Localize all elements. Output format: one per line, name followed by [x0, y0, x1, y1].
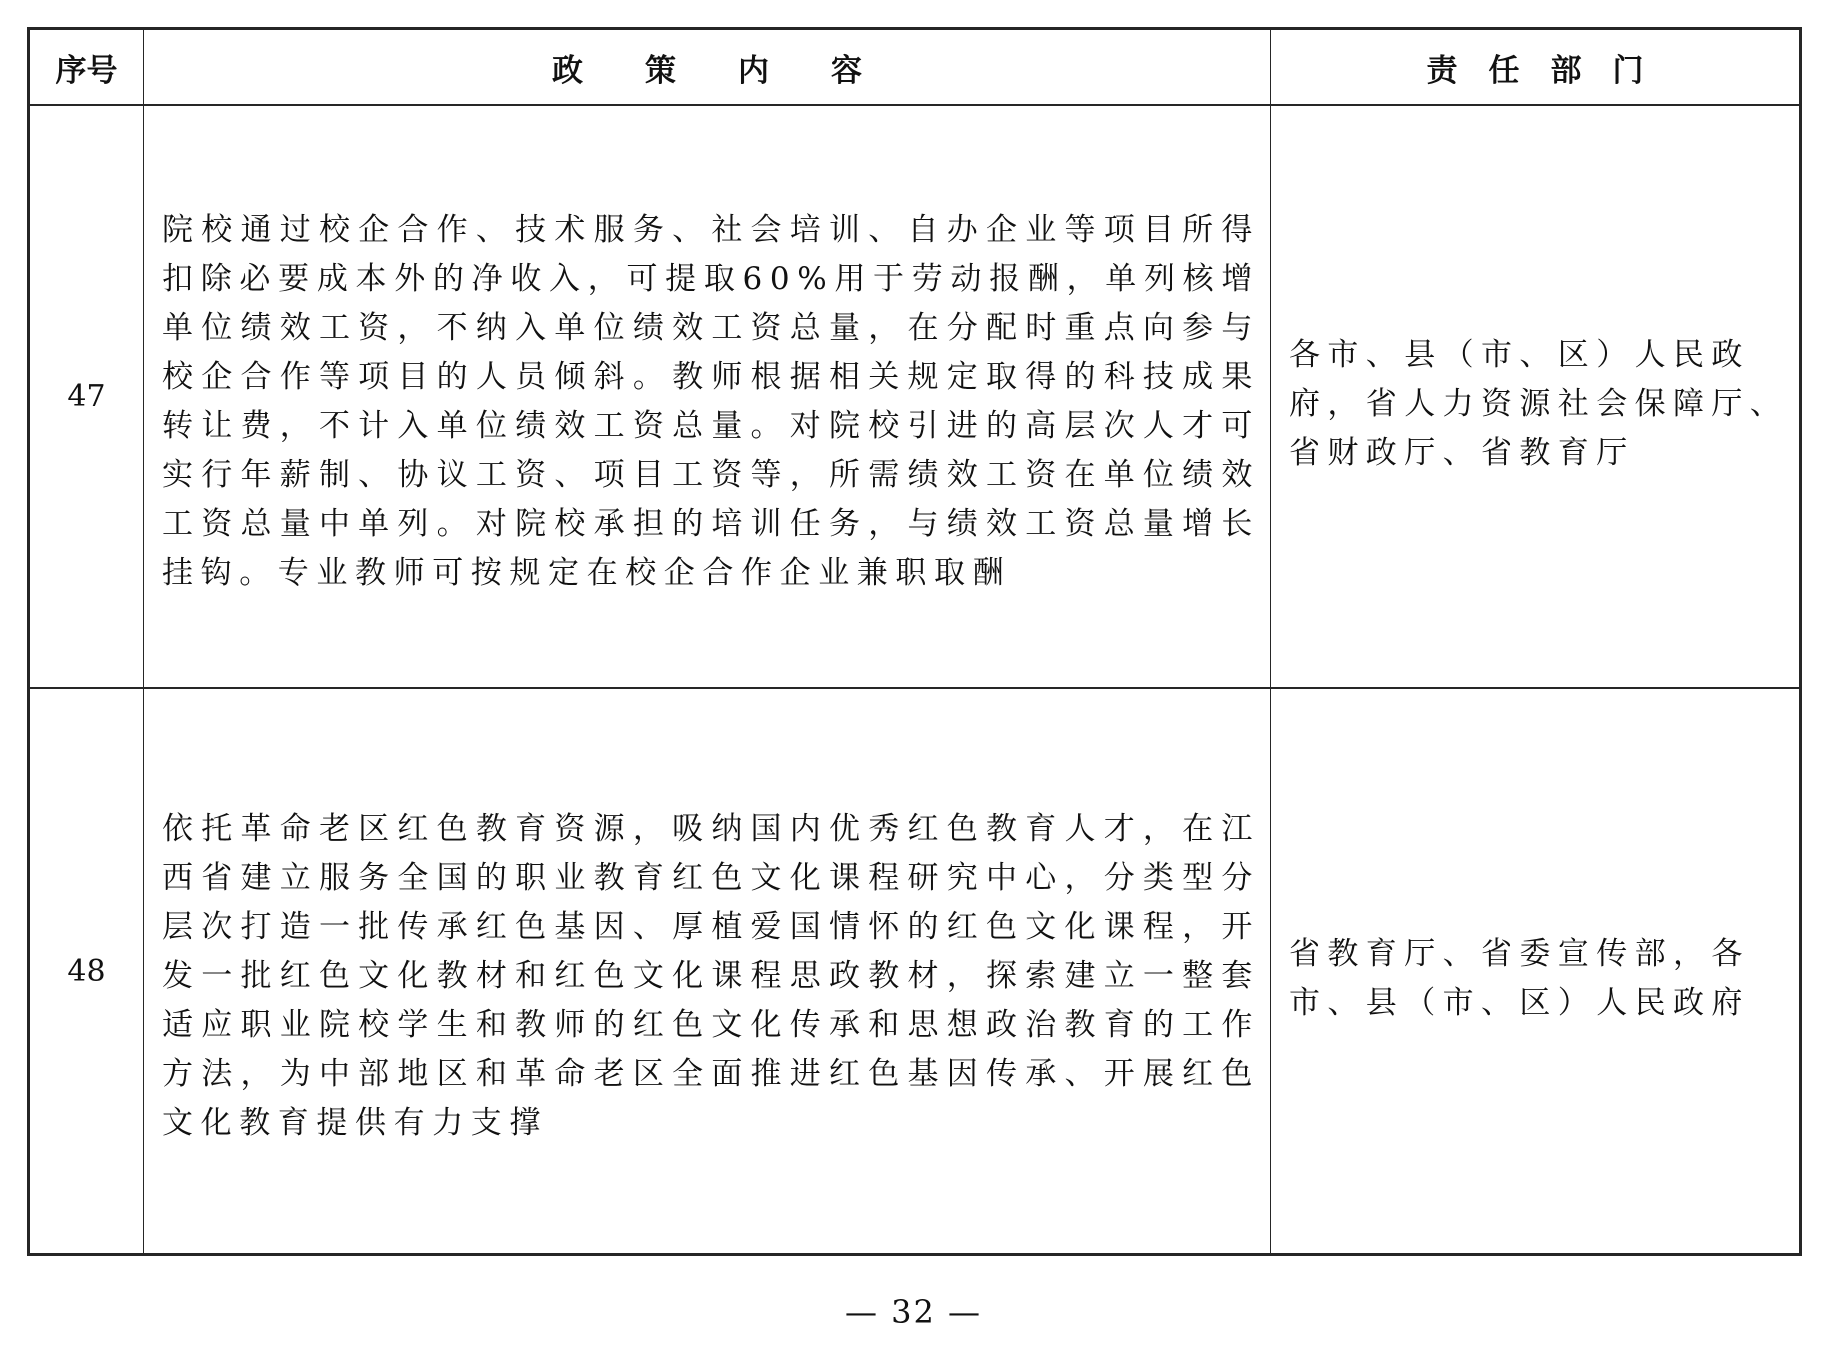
row-department: 各市、县（市、区）人民政府，省人力资源社会保障厅、省财政厅、省教育厅	[1289, 331, 1789, 478]
row-department: 省教育厅、省委宣传部，各市、县（市、区）人民政府	[1289, 930, 1789, 1028]
header-index: 序号	[30, 30, 143, 104]
page-number: — 32 —	[0, 1293, 1827, 1331]
column-divider	[143, 30, 144, 1253]
row-content: 院校通过校企合作、技术服务、社会培训、自办企业等项目所得扣除必要成本外的净收入，…	[162, 206, 1260, 598]
row-content: 依托革命老区红色教育资源，吸纳国内优秀红色教育人才，在江西省建立服务全国的职业教…	[162, 805, 1260, 1148]
policy-table: 序号 政 策 内 容 责 任 部 门 47 院校通过校企合作、技术服务、社会培训…	[27, 27, 1802, 1256]
row-index: 47	[30, 106, 143, 687]
header-divider	[30, 104, 1799, 106]
header-department: 责 任 部 门	[1271, 30, 1799, 104]
row-index: 48	[30, 689, 143, 1254]
column-divider	[1270, 30, 1271, 1253]
header-content: 政 策 内 容	[144, 30, 1270, 104]
row-divider	[30, 687, 1799, 689]
